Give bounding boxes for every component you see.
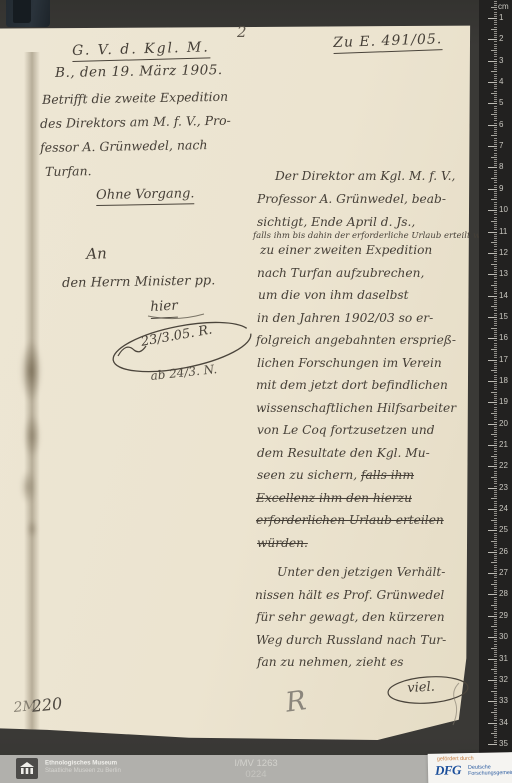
ruler-tick	[494, 95, 498, 96]
journal-number: Zu E. 491/05.	[333, 32, 443, 54]
ruler-tick	[488, 488, 497, 489]
ruler-number: 15	[499, 312, 508, 321]
ruler-tick	[494, 609, 498, 610]
ruler-number: 12	[499, 248, 508, 257]
ruler-tick	[494, 323, 498, 324]
ruler-tick	[494, 511, 498, 512]
ruler-tick	[494, 716, 498, 717]
ruler-tick	[494, 383, 498, 384]
ruler-tick	[494, 340, 498, 341]
ruler-tick	[494, 3, 498, 4]
ruler-tick	[494, 20, 498, 21]
ruler-tick	[494, 475, 498, 476]
ruler-tick	[488, 573, 497, 574]
ruler-tick	[494, 302, 498, 303]
ruler-tick	[494, 735, 498, 736]
ruler-tick	[494, 276, 498, 277]
ruler-tick	[494, 577, 498, 578]
ruler-tick	[494, 281, 498, 282]
ruler-tick	[491, 648, 497, 649]
ruler-tick	[494, 353, 498, 354]
ruler-tick	[494, 667, 498, 668]
ruler-tick	[494, 278, 498, 279]
ruler-tick	[494, 332, 498, 333]
page-number: 2	[237, 25, 247, 40]
ruler-tick	[494, 454, 498, 455]
ruler-tick	[494, 355, 498, 356]
ruler-number: 1	[499, 13, 503, 22]
ruler-tick	[494, 272, 498, 273]
ruler-tick	[494, 419, 498, 420]
ruler-tick	[488, 274, 497, 275]
ruler-tick	[494, 244, 498, 245]
body-line: lichen Forschungen im Verein	[257, 357, 442, 369]
body-line: in den Jahren 1902/03 so er-	[257, 312, 433, 324]
ruler-tick	[494, 718, 498, 719]
ruler-tick	[494, 415, 498, 416]
ruler-tick	[494, 505, 498, 506]
ruler-tick	[494, 550, 498, 551]
ruler-tick	[494, 492, 498, 493]
ruler-tick	[494, 246, 498, 247]
ruler-tick	[494, 644, 498, 645]
ruler: cm 1234567891011121314151617181920212223…	[479, 0, 512, 755]
ruler-tick	[494, 219, 498, 220]
ruler-tick	[494, 31, 498, 32]
ruler-tick	[494, 287, 498, 288]
address-line: den Herrn Minister pp.	[62, 274, 215, 290]
ruler-tick	[491, 29, 497, 30]
ruler-tick	[491, 477, 497, 478]
ink-stain	[20, 340, 42, 402]
ruler-tick	[491, 221, 497, 222]
ruler-tick	[494, 223, 498, 224]
ruler-tick	[494, 368, 498, 369]
subject-line: des Direktors am M. f. V., Pro-	[40, 115, 231, 131]
struck-line: erforderlichen Urlaub erteilen	[256, 514, 444, 526]
ruler-tick	[491, 541, 497, 542]
shelfmark: I/MV 1263	[196, 758, 316, 769]
ruler-tick	[491, 456, 497, 457]
ruler-tick	[494, 99, 498, 100]
ruler-tick	[494, 249, 498, 250]
ruler-number: 11	[499, 227, 507, 236]
ruler-number: 8	[499, 162, 503, 171]
ruler-tick	[494, 441, 498, 442]
ruler-tick	[494, 586, 498, 587]
ruler-tick	[488, 445, 497, 446]
ruler-tick	[494, 654, 498, 655]
ruler-tick	[494, 430, 498, 431]
ruler-tick	[491, 242, 497, 243]
ruler-tick	[494, 206, 498, 207]
ruler-tick	[494, 131, 498, 132]
body-line: um die von ihm daselbst	[258, 289, 409, 301]
ruler-number: 30	[499, 632, 508, 641]
ruler-tick	[491, 520, 497, 521]
ruler-tick	[494, 217, 498, 218]
ruler-tick	[491, 413, 497, 414]
ruler-tick	[494, 74, 498, 75]
ruler-tick	[494, 603, 498, 604]
ruler-number: 2	[499, 34, 503, 43]
body-line: für sehr gewagt, den kürzeren	[256, 611, 445, 623]
address-line: An	[86, 246, 107, 262]
ruler-tick	[494, 684, 498, 685]
ruler-tick	[494, 682, 498, 683]
ruler-tick	[494, 76, 498, 77]
ruler-tick	[494, 351, 498, 352]
ruler-number: 13	[499, 269, 508, 278]
ruler-tick	[494, 46, 498, 47]
ruler-tick	[491, 626, 497, 627]
ruler-tick	[491, 733, 497, 734]
ruler-tick	[494, 699, 498, 700]
ruler-tick	[494, 300, 498, 301]
ruler-tick	[488, 509, 497, 510]
ruler-tick	[494, 398, 498, 399]
ruler-tick	[494, 251, 498, 252]
ruler-number: 9	[499, 184, 503, 193]
ruler-tick	[494, 377, 498, 378]
ruler-tick	[494, 159, 498, 160]
ruler-tick	[494, 443, 498, 444]
body-line: folgreich angebahnten ersprieß-	[256, 334, 456, 346]
body-line: mit dem jetzt dort befindlichen	[256, 379, 448, 391]
ruler-tick	[494, 227, 498, 228]
ruler-tick	[494, 1, 498, 2]
ruler-tick	[488, 189, 497, 190]
ruler-tick	[494, 537, 498, 538]
ruler-tick	[494, 112, 498, 113]
ruler-tick	[494, 304, 498, 305]
ruler-tick	[488, 466, 497, 467]
ruler-tick	[494, 240, 498, 241]
ruler-tick	[494, 204, 498, 205]
ruler-number: 16	[499, 333, 508, 342]
pencil-folio-number: 220	[31, 696, 63, 715]
ruler-tick	[488, 680, 497, 681]
ruler-tick	[494, 731, 498, 732]
ruler-number: 10	[499, 205, 508, 214]
ruler-tick	[488, 210, 497, 211]
closing-word: viel.	[407, 681, 435, 695]
ruler-tick	[494, 560, 498, 561]
ruler-tick	[494, 41, 498, 42]
no-precedent-note: Ohne Vorgang.	[96, 187, 195, 206]
ruler-tick	[494, 727, 498, 728]
ruler-tick	[491, 285, 497, 286]
struck-line: Excellenz ihm den hierzu	[256, 492, 412, 504]
funding-prefix: gefördert durch	[437, 755, 474, 762]
ruler-tick	[494, 268, 498, 269]
ruler-tick	[494, 229, 498, 230]
ruler-tick	[494, 428, 498, 429]
footer-bar: Ethnologisches Museum Staatliche Museen …	[0, 755, 512, 783]
ruler-number: 32	[499, 675, 508, 684]
ruler-tick	[494, 261, 498, 262]
ruler-tick	[494, 479, 498, 480]
ruler-number: 23	[499, 483, 508, 492]
ruler-tick	[494, 671, 498, 672]
ruler-tick	[494, 646, 498, 647]
ruler-tick	[491, 605, 497, 606]
dfg-funding-label: gefördert durch DFG Deutsche Forschungsg…	[428, 752, 512, 783]
ruler-tick	[494, 720, 498, 721]
ruler-tick	[494, 571, 498, 572]
ink-stain	[23, 414, 41, 458]
ruler-tick	[494, 182, 498, 183]
body-line: zu einer zweiten Expedition	[260, 244, 432, 256]
ruler-tick	[494, 483, 498, 484]
ruler-tick	[494, 27, 498, 28]
ruler-tick	[494, 33, 498, 34]
ruler-tick	[494, 447, 498, 448]
ruler-tick	[494, 396, 498, 397]
ruler-unit-label: cm	[498, 2, 509, 11]
ruler-tick	[494, 270, 498, 271]
ruler-tick	[494, 123, 498, 124]
ruler-tick	[491, 306, 497, 307]
ruler-tick	[494, 705, 498, 706]
ruler-number: 25	[499, 525, 508, 534]
ruler-tick	[494, 334, 498, 335]
ruler-tick	[494, 641, 498, 642]
ruler-tick	[494, 120, 498, 121]
ruler-tick	[494, 144, 498, 145]
ruler-tick	[494, 364, 498, 365]
ruler-tick	[494, 665, 498, 666]
ruler-tick	[494, 108, 498, 109]
ruler-tick	[494, 129, 498, 130]
ruler-tick	[494, 150, 498, 151]
ruler-tick	[494, 387, 498, 388]
ruler-tick	[494, 422, 498, 423]
ruler-tick	[494, 80, 498, 81]
ruler-tick	[494, 458, 498, 459]
ruler-tick	[494, 742, 498, 743]
ruler-tick	[494, 533, 498, 534]
ruler-tick	[488, 317, 497, 318]
ruler-tick	[494, 97, 498, 98]
ruler-tick	[494, 411, 498, 412]
ruler-tick	[494, 656, 498, 657]
ruler-tick	[494, 310, 498, 311]
ruler-tick	[494, 725, 498, 726]
ruler-tick	[491, 691, 497, 692]
ruler-tick	[488, 701, 497, 702]
ruler-tick	[491, 71, 497, 72]
ruler-tick	[491, 199, 497, 200]
ruler-tick	[488, 424, 497, 425]
ruler-tick	[494, 612, 498, 613]
ruler-number: 29	[499, 611, 508, 620]
ruler-tick	[494, 54, 498, 55]
ruler-tick	[494, 695, 498, 696]
ruler-tick	[494, 12, 498, 13]
ruler-number: 6	[499, 120, 503, 129]
struck-text: falls ihm	[361, 468, 414, 482]
ruler-tick	[488, 232, 497, 233]
ruler-tick	[488, 146, 497, 147]
ruler-tick	[494, 366, 498, 367]
dfg-org-line: Forschungsgemeinschaft	[468, 769, 512, 776]
ruler-tick	[494, 507, 498, 508]
ruler-tick	[494, 319, 498, 320]
body-line: Der Direktor am Kgl. M. f. V.,	[275, 170, 455, 182]
ruler-tick	[494, 16, 498, 17]
ruler-tick	[494, 535, 498, 536]
ruler-tick	[494, 407, 498, 408]
ruler-tick	[494, 631, 498, 632]
ruler-tick	[494, 283, 498, 284]
ruler-tick	[494, 607, 498, 608]
ruler-tick	[494, 710, 498, 711]
ruler-tick	[494, 44, 498, 45]
ruler-tick	[494, 86, 498, 87]
ruler-tick	[494, 372, 498, 373]
ruler-number: 28	[499, 589, 508, 598]
ruler-tick	[494, 148, 498, 149]
ruler-tick	[494, 298, 498, 299]
ruler-tick	[494, 65, 498, 66]
ruler-tick	[494, 494, 498, 495]
ruler-tick	[494, 174, 498, 175]
ruler-tick	[494, 165, 498, 166]
ruler-number: 35	[499, 739, 508, 748]
ruler-tick	[494, 208, 498, 209]
struck-line: würden.	[257, 537, 308, 549]
ruler-tick	[491, 93, 497, 94]
ruler-tick	[488, 402, 497, 403]
ruler-tick	[494, 153, 498, 154]
ruler-tick	[488, 530, 497, 531]
ruler-tick	[491, 50, 497, 51]
ruler-tick	[491, 349, 497, 350]
ruler-tick	[494, 321, 498, 322]
ruler-tick	[494, 142, 498, 143]
ruler-tick	[488, 61, 497, 62]
ruler-tick	[494, 486, 498, 487]
ruler-tick	[491, 498, 497, 499]
ruler-tick	[488, 82, 497, 83]
ruler-tick	[494, 291, 498, 292]
ruler-tick	[494, 315, 498, 316]
ruler-tick	[494, 481, 498, 482]
ruler-tick	[494, 202, 498, 203]
ruler-tick	[494, 347, 498, 348]
museum-name: Ethnologisches Museum	[45, 759, 121, 767]
ruler-tick	[494, 629, 498, 630]
ruler-number: 3	[499, 56, 503, 65]
ruler-tick	[494, 624, 498, 625]
ruler-tick	[494, 471, 498, 472]
ruler-tick	[488, 125, 497, 126]
ruler-tick	[494, 501, 498, 502]
date-line: B., den 19. März 1905.	[55, 64, 223, 80]
ruler-tick	[488, 253, 497, 254]
ruler-tick	[494, 601, 498, 602]
ruler-tick	[494, 490, 498, 491]
ruler-tick	[494, 426, 498, 427]
ruler-tick	[494, 88, 498, 89]
ruler-tick	[494, 9, 498, 10]
ruler-tick	[494, 155, 498, 156]
ruler-tick	[494, 357, 498, 358]
ruler-number: 14	[499, 291, 508, 300]
ruler-tick	[494, 35, 498, 36]
ruler-tick	[494, 464, 498, 465]
ruler-tick	[494, 389, 498, 390]
ruler-tick	[494, 266, 498, 267]
ruler-tick	[494, 379, 498, 380]
ruler-tick	[494, 468, 498, 469]
ruler-tick	[494, 24, 498, 25]
ruler-tick	[494, 257, 498, 258]
ruler-tick	[494, 225, 498, 226]
ruler-tick	[494, 618, 498, 619]
ruler-tick	[488, 103, 497, 104]
ruler-tick	[494, 404, 498, 405]
ruler-tick	[494, 558, 498, 559]
ruler-tick	[494, 236, 498, 237]
ruler-number: 27	[499, 568, 508, 577]
ruler-tick	[494, 193, 498, 194]
body-line: wissenschaftlichen Hilfsarbeiter	[256, 402, 456, 414]
ruler-tick	[494, 676, 498, 677]
book-binding-inner	[13, 0, 31, 23]
ruler-tick	[491, 7, 497, 8]
dfg-logo: DFG	[435, 762, 461, 779]
ruler-tick	[494, 693, 498, 694]
subject-line: Turfan.	[45, 165, 92, 178]
ruler-tick	[494, 582, 498, 583]
ruler-tick	[494, 554, 498, 555]
ruler-tick	[494, 313, 498, 314]
ruler-tick	[494, 547, 498, 548]
ruler-tick	[494, 417, 498, 418]
body-line: sichtigt, Ende April d. Js.,	[257, 216, 415, 228]
ruler-tick	[494, 197, 498, 198]
body-line: nach Turfan aufzubrechen,	[257, 267, 424, 279]
ruler-tick	[494, 620, 498, 621]
ruler-tick	[494, 163, 498, 164]
ruler-tick	[494, 451, 498, 452]
body-line: nissen hält es Prof. Grünwedel	[255, 589, 444, 601]
ruler-tick	[494, 639, 498, 640]
ruler-tick	[494, 635, 498, 636]
ruler-tick	[494, 48, 498, 49]
ruler-tick	[488, 594, 497, 595]
ruler-tick	[494, 161, 498, 162]
ruler-tick	[488, 637, 497, 638]
ink-stain	[20, 470, 36, 504]
ruler-number: 5	[499, 98, 503, 107]
ruler-tick	[494, 528, 498, 529]
ruler-tick	[494, 737, 498, 738]
ruler-tick	[494, 238, 498, 239]
ruler-number: 20	[499, 419, 508, 428]
ruler-tick	[491, 157, 497, 158]
ruler-tick	[494, 78, 498, 79]
ruler-tick	[494, 336, 498, 337]
ruler-tick	[494, 343, 498, 344]
body-line: Professor A. Grünwedel, beab-	[257, 193, 446, 205]
ruler-tick	[494, 729, 498, 730]
ruler-tick	[494, 524, 498, 525]
ruler-tick	[488, 167, 497, 168]
ruler-tick	[494, 345, 498, 346]
